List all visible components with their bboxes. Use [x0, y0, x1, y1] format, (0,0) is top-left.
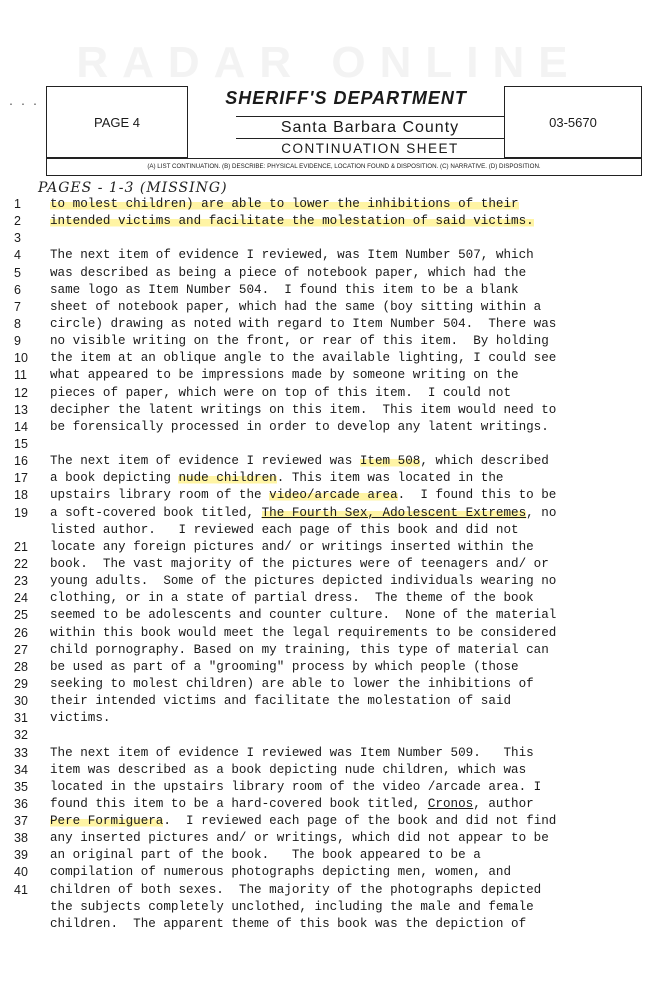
document-line: 33The next item of evidence I reviewed w…: [0, 745, 658, 762]
document-line: the subjects completely unclothed, inclu…: [0, 899, 658, 916]
line-number: 34: [14, 762, 34, 779]
text-segment: . I reviewed each page of the book and d…: [163, 814, 556, 828]
line-number: 25: [14, 607, 34, 624]
line-text: pieces of paper, which were on top of th…: [50, 385, 640, 402]
document-line: 1to molest children) are able to lower t…: [0, 196, 658, 213]
document-line: 40compilation of numerous photographs de…: [0, 864, 658, 881]
line-number: 15: [14, 436, 34, 453]
document-line: 39an original part of the book. The book…: [0, 847, 658, 864]
document-line: 13decipher the latent writings on this i…: [0, 402, 658, 419]
line-text: locate any foreign pictures and/ or writ…: [50, 539, 640, 556]
text-segment: . This item was located in the: [277, 471, 504, 485]
text-segment: young adults. Some of the pictures depic…: [50, 574, 556, 588]
text-segment: circle) drawing as noted with regard to …: [50, 317, 556, 331]
document-line: 29seeking to molest children) are able t…: [0, 676, 658, 693]
line-number: 19: [14, 505, 34, 522]
document-line: 19a soft-covered book titled, The Fourth…: [0, 505, 658, 522]
line-number: 40: [14, 864, 34, 881]
line-text: item was described as a book depicting n…: [50, 762, 640, 779]
page-number-box: PAGE 4: [46, 86, 188, 158]
line-text: any inserted pictures and/ or writings, …: [50, 830, 640, 847]
text-segment: children of both sexes. The majority of …: [50, 883, 541, 897]
text-segment: child pornography. Based on my training,…: [50, 643, 549, 657]
document-line: 15: [0, 436, 658, 453]
line-text: seemed to be adolescents and counter cul…: [50, 607, 640, 624]
document-line: 23young adults. Some of the pictures dep…: [0, 573, 658, 590]
text-segment: children. The apparent theme of this boo…: [50, 917, 526, 931]
document-line: 24clothing, or in a state of partial dre…: [0, 590, 658, 607]
line-number: 13: [14, 402, 34, 419]
text-segment: sheet of notebook paper, which had the s…: [50, 300, 541, 314]
line-number: 16: [14, 453, 34, 470]
document-line: 6same logo as Item Number 504. I found t…: [0, 282, 658, 299]
line-number: 7: [14, 299, 34, 316]
document-body: 1to molest children) are able to lower t…: [0, 196, 658, 933]
line-text: found this item to be a hard-covered boo…: [50, 796, 640, 813]
text-segment: seeking to molest children) are able to …: [50, 677, 534, 691]
line-number: 14: [14, 419, 34, 436]
line-text: be forensically processed in order to de…: [50, 419, 640, 436]
line-number: 6: [14, 282, 34, 299]
line-text: same logo as Item Number 504. I found th…: [50, 282, 640, 299]
line-number: 28: [14, 659, 34, 676]
text-segment: the subjects completely unclothed, inclu…: [50, 900, 534, 914]
text-segment: their intended victims and facilitate th…: [50, 694, 511, 708]
line-number: 38: [14, 830, 34, 847]
document-line: 14be forensically processed in order to …: [0, 419, 658, 436]
line-number: 27: [14, 642, 34, 659]
line-text: The next item of evidence I reviewed, wa…: [50, 247, 640, 264]
document-line: children. The apparent theme of this boo…: [0, 916, 658, 933]
line-text: victims.: [50, 710, 640, 727]
text-segment: compilation of numerous photographs depi…: [50, 865, 511, 879]
text-segment: The next item of evidence I reviewed was: [50, 454, 360, 468]
text-segment: same logo as Item Number 504. I found th…: [50, 283, 519, 297]
line-text: sheet of notebook paper, which had the s…: [50, 299, 640, 316]
line-number: 41: [14, 882, 34, 899]
highlighted-text: nude children: [178, 471, 276, 485]
line-number: 30: [14, 693, 34, 710]
document-line: 22book. The vast majority of the picture…: [0, 556, 658, 573]
text-segment: any inserted pictures and/ or writings, …: [50, 831, 549, 845]
document-line: 37Pere Formiguera. I reviewed each page …: [0, 813, 658, 830]
line-text: book. The vast majority of the pictures …: [50, 556, 640, 573]
line-text: a soft-covered book titled, The Fourth S…: [50, 505, 640, 522]
text-segment: be forensically processed in order to de…: [50, 420, 549, 434]
document-line: 28be used as part of a "grooming" proces…: [0, 659, 658, 676]
line-text: young adults. Some of the pictures depic…: [50, 573, 640, 590]
county-title: Santa Barbara County: [236, 116, 504, 139]
text-segment: . I found this to be: [398, 488, 557, 502]
text-segment: listed author. I reviewed each page of t…: [50, 523, 519, 537]
text-segment: , author: [473, 797, 533, 811]
line-text: their intended victims and facilitate th…: [50, 693, 640, 710]
text-segment: Cronos: [428, 797, 473, 811]
document-line: 38any inserted pictures and/ or writings…: [0, 830, 658, 847]
text-segment: The next item of evidence I reviewed was…: [50, 746, 534, 760]
line-text: Pere Formiguera. I reviewed each page of…: [50, 813, 640, 830]
line-text: intended victims and facilitate the mole…: [50, 213, 640, 230]
document-line: 30their intended victims and facilitate …: [0, 693, 658, 710]
line-number: 2: [14, 213, 34, 230]
document-line: 26within this book would meet the legal …: [0, 625, 658, 642]
text-segment: a soft-covered book titled,: [50, 506, 262, 520]
text-segment: decipher the latent writings on this ite…: [50, 403, 556, 417]
line-text: The next item of evidence I reviewed was…: [50, 745, 640, 762]
highlighted-text: The Fourth Sex, Adolescent Extremes: [262, 506, 527, 520]
text-segment: no visible writing on the front, or rear…: [50, 334, 549, 348]
line-number: 32: [14, 727, 34, 744]
line-text: seeking to molest children) are able to …: [50, 676, 640, 693]
document-line: 8circle) drawing as noted with regard to…: [0, 316, 658, 333]
line-number: 22: [14, 556, 34, 573]
text-segment: , no: [526, 506, 556, 520]
line-text: an original part of the book. The book a…: [50, 847, 640, 864]
text-segment: seemed to be adolescents and counter cul…: [50, 608, 556, 622]
text-segment: The next item of evidence I reviewed, wa…: [50, 248, 534, 262]
document-line: 25seemed to be adolescents and counter c…: [0, 607, 658, 624]
highlighted-text: video/arcade area: [269, 488, 397, 502]
text-segment: what appeared to be impressions made by …: [50, 368, 519, 382]
line-text: what appeared to be impressions made by …: [50, 367, 640, 384]
line-number: 36: [14, 796, 34, 813]
highlighted-text: Item 508: [360, 454, 420, 468]
line-number: 39: [14, 847, 34, 864]
text-segment: victims.: [50, 711, 110, 725]
line-number: 5: [14, 265, 34, 282]
text-segment: an original part of the book. The book a…: [50, 848, 481, 862]
line-text: the subjects completely unclothed, inclu…: [50, 899, 640, 916]
line-text: children. The apparent theme of this boo…: [50, 916, 640, 933]
line-number: 11: [14, 367, 34, 384]
sheet-title: CONTINUATION SHEET: [236, 138, 504, 159]
line-number: 9: [14, 333, 34, 350]
text-segment: clothing, or in a state of partial dress…: [50, 591, 534, 605]
line-text: located in the upstairs library room of …: [50, 779, 640, 796]
line-text: listed author. I reviewed each page of t…: [50, 522, 640, 539]
line-number: 33: [14, 745, 34, 762]
handwritten-note: PAGES - 1-3 (MISSING): [38, 180, 228, 196]
line-number: 26: [14, 625, 34, 642]
line-text: was described as being a piece of notebo…: [50, 265, 640, 282]
document-line: 21locate any foreign pictures and/ or wr…: [0, 539, 658, 556]
line-text: upstairs library room of the video/arcad…: [50, 487, 640, 504]
text-segment: upstairs library room of the: [50, 488, 269, 502]
text-segment: the item at an oblique angle to the avai…: [50, 351, 556, 365]
line-text: no visible writing on the front, or rear…: [50, 333, 640, 350]
document-line: 10the item at an oblique angle to the av…: [0, 350, 658, 367]
document-line: 5was described as being a piece of noteb…: [0, 265, 658, 282]
text-segment: within this book would meet the legal re…: [50, 626, 556, 640]
document-line: 41children of both sexes. The majority o…: [0, 882, 658, 899]
case-number-box: 03-5670: [504, 86, 642, 158]
line-number: 12: [14, 385, 34, 402]
line-text: The next item of evidence I reviewed was…: [50, 453, 640, 470]
document-line: 31victims.: [0, 710, 658, 727]
document-line: 18upstairs library room of the video/arc…: [0, 487, 658, 504]
line-text: decipher the latent writings on this ite…: [50, 402, 640, 419]
line-number: 37: [14, 813, 34, 830]
document-line: 9no visible writing on the front, or rea…: [0, 333, 658, 350]
document-line: 16The next item of evidence I reviewed w…: [0, 453, 658, 470]
text-segment: found this item to be a hard-covered boo…: [50, 797, 428, 811]
text-segment: locate any foreign pictures and/ or writ…: [50, 540, 534, 554]
text-segment: was described as being a piece of notebo…: [50, 266, 526, 280]
document-line: 36found this item to be a hard-covered b…: [0, 796, 658, 813]
document-line: 12pieces of paper, which were on top of …: [0, 385, 658, 402]
highlighted-text: Pere Formiguera: [50, 814, 163, 828]
page-number: PAGE 4: [94, 115, 140, 130]
line-number: 18: [14, 487, 34, 504]
line-text: the item at an oblique angle to the avai…: [50, 350, 640, 367]
line-number: 23: [14, 573, 34, 590]
text-segment: , which described: [420, 454, 548, 468]
text-segment: book. The vast majority of the pictures …: [50, 557, 549, 571]
line-text: clothing, or in a state of partial dress…: [50, 590, 640, 607]
line-text: compilation of numerous photographs depi…: [50, 864, 640, 881]
document-line: 7sheet of notebook paper, which had the …: [0, 299, 658, 316]
line-number: 17: [14, 470, 34, 487]
document-line: 32: [0, 727, 658, 744]
scan-specks: · · ·: [8, 100, 38, 111]
line-number: 21: [14, 539, 34, 556]
line-number: 8: [14, 316, 34, 333]
line-number: 3: [14, 230, 34, 247]
text-segment: item was described as a book depicting n…: [50, 763, 526, 777]
line-number: 4: [14, 247, 34, 264]
document-line: 34item was described as a book depicting…: [0, 762, 658, 779]
form-header: PAGE 4 SHERIFF'S DEPARTMENT Santa Barbar…: [46, 86, 642, 184]
line-text: within this book would meet the legal re…: [50, 625, 640, 642]
text-segment: a book depicting: [50, 471, 178, 485]
line-number: 35: [14, 779, 34, 796]
line-text: children of both sexes. The majority of …: [50, 882, 640, 899]
line-text: to molest children) are able to lower th…: [50, 196, 640, 213]
document-line: 17a book depicting nude children. This i…: [0, 470, 658, 487]
line-text: child pornography. Based on my training,…: [50, 642, 640, 659]
document-line: 27child pornography. Based on my trainin…: [0, 642, 658, 659]
highlighted-text: to molest children) are able to lower th…: [50, 197, 519, 211]
text-segment: be used as part of a "grooming" process …: [50, 660, 519, 674]
case-number: 03-5670: [549, 115, 597, 130]
watermark: RADAR ONLINE: [0, 38, 658, 88]
form-legend: (A) LIST CONTINUATION. (B) DESCRIBE: PHY…: [46, 158, 642, 176]
text-segment: pieces of paper, which were on top of th…: [50, 386, 511, 400]
document-line: 4The next item of evidence I reviewed, w…: [0, 247, 658, 264]
document-line: 11what appeared to be impressions made b…: [0, 367, 658, 384]
highlighted-text: intended victims and facilitate the mole…: [50, 214, 534, 228]
document-line: 3: [0, 230, 658, 247]
line-text: a book depicting nude children. This ite…: [50, 470, 640, 487]
document-line: 2intended victims and facilitate the mol…: [0, 213, 658, 230]
document-line: listed author. I reviewed each page of t…: [0, 522, 658, 539]
line-number: 24: [14, 590, 34, 607]
document-line: 35located in the upstairs library room o…: [0, 779, 658, 796]
line-number: 10: [14, 350, 34, 367]
line-number: 1: [14, 196, 34, 213]
department-title: SHERIFF'S DEPARTMENT: [188, 88, 504, 109]
line-number: 29: [14, 676, 34, 693]
line-text: circle) drawing as noted with regard to …: [50, 316, 640, 333]
text-segment: located in the upstairs library room of …: [50, 780, 541, 794]
line-text: be used as part of a "grooming" process …: [50, 659, 640, 676]
line-number: 31: [14, 710, 34, 727]
